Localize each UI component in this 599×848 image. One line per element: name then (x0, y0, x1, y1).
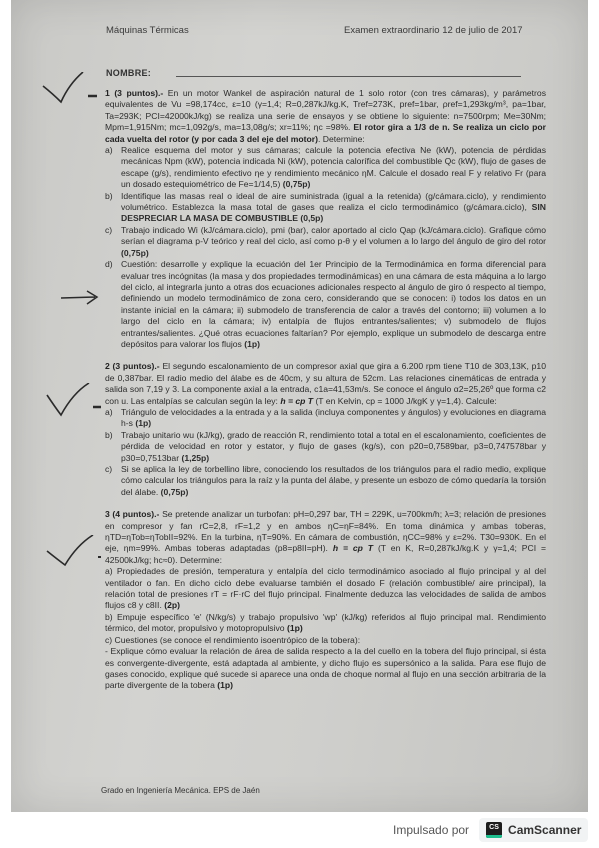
question-1-item-d: d)Cuestión: desarrolle y explique la ecu… (105, 259, 546, 350)
camscanner-brand: CamScanner (508, 823, 581, 837)
question-3-item-c: c) Cuestiones (se conoce el rendimiento … (105, 635, 546, 646)
camscanner-logo-icon: CS (486, 822, 502, 838)
checkmark-icon (31, 72, 101, 112)
page-footer: Grado en Ingeniería Mecánica. EPS de Jaé… (101, 786, 260, 795)
exam-date: Examen extraordinario 12 de julio de 201… (344, 25, 523, 36)
question-2-title: 2 (3 puntos).- (105, 361, 160, 371)
question-1-item-b: b)Identifique las masas real o ideal de … (105, 191, 546, 225)
question-1-item-a: a)Realice esquema del motor y sus cámara… (105, 145, 546, 191)
question-1-title: 1 (3 puntos).- (105, 88, 163, 98)
camscanner-watermark: Impulsado por CS CamScanner (393, 812, 588, 848)
question-2-item-a: a)Triángulo de velocidades a la entrada … (105, 407, 546, 430)
camscanner-badge[interactable]: CS CamScanner (479, 818, 588, 842)
course-title: Máquinas Térmicas (106, 25, 189, 36)
arrow-icon (59, 288, 101, 308)
question-3: 3 (4 puntos).- Se pretende analizar un t… (105, 509, 546, 566)
question-3-title: 3 (4 puntos).- (105, 509, 159, 519)
checkmark-icon (33, 535, 103, 571)
question-3-item-c-1: - Explique cómo evaluar la relación de á… (105, 646, 546, 692)
question-3-item-a: a) Propiedades de presión, temperatura y… (105, 566, 546, 612)
question-2: 2 (3 puntos).- El segundo escalonamiento… (105, 361, 546, 407)
question-1-item-c: c)Trabajo indicado Wi (kJ/cámara.ciclo),… (105, 225, 546, 259)
question-1: 1 (3 puntos).- En un motor Wankel de asp… (105, 88, 546, 145)
name-label: NOMBRE: (106, 68, 151, 78)
checkmark-icon (33, 383, 103, 423)
question-2-item-c: c)Si se aplica la ley de torbellino libr… (105, 464, 546, 498)
question-3-item-b: b) Empuje específico 'e' (N/kg/s) y trab… (105, 612, 546, 635)
name-field-line (176, 76, 521, 77)
scanned-exam-page: Máquinas Térmicas Examen extraordinario … (11, 0, 588, 812)
exam-questions: 1 (3 puntos).- En un motor Wankel de asp… (105, 88, 546, 692)
question-2-item-b: b)Trabajo unitario wu (kJ/kg), grado de … (105, 430, 546, 464)
powered-by-label: Impulsado por (393, 823, 469, 837)
